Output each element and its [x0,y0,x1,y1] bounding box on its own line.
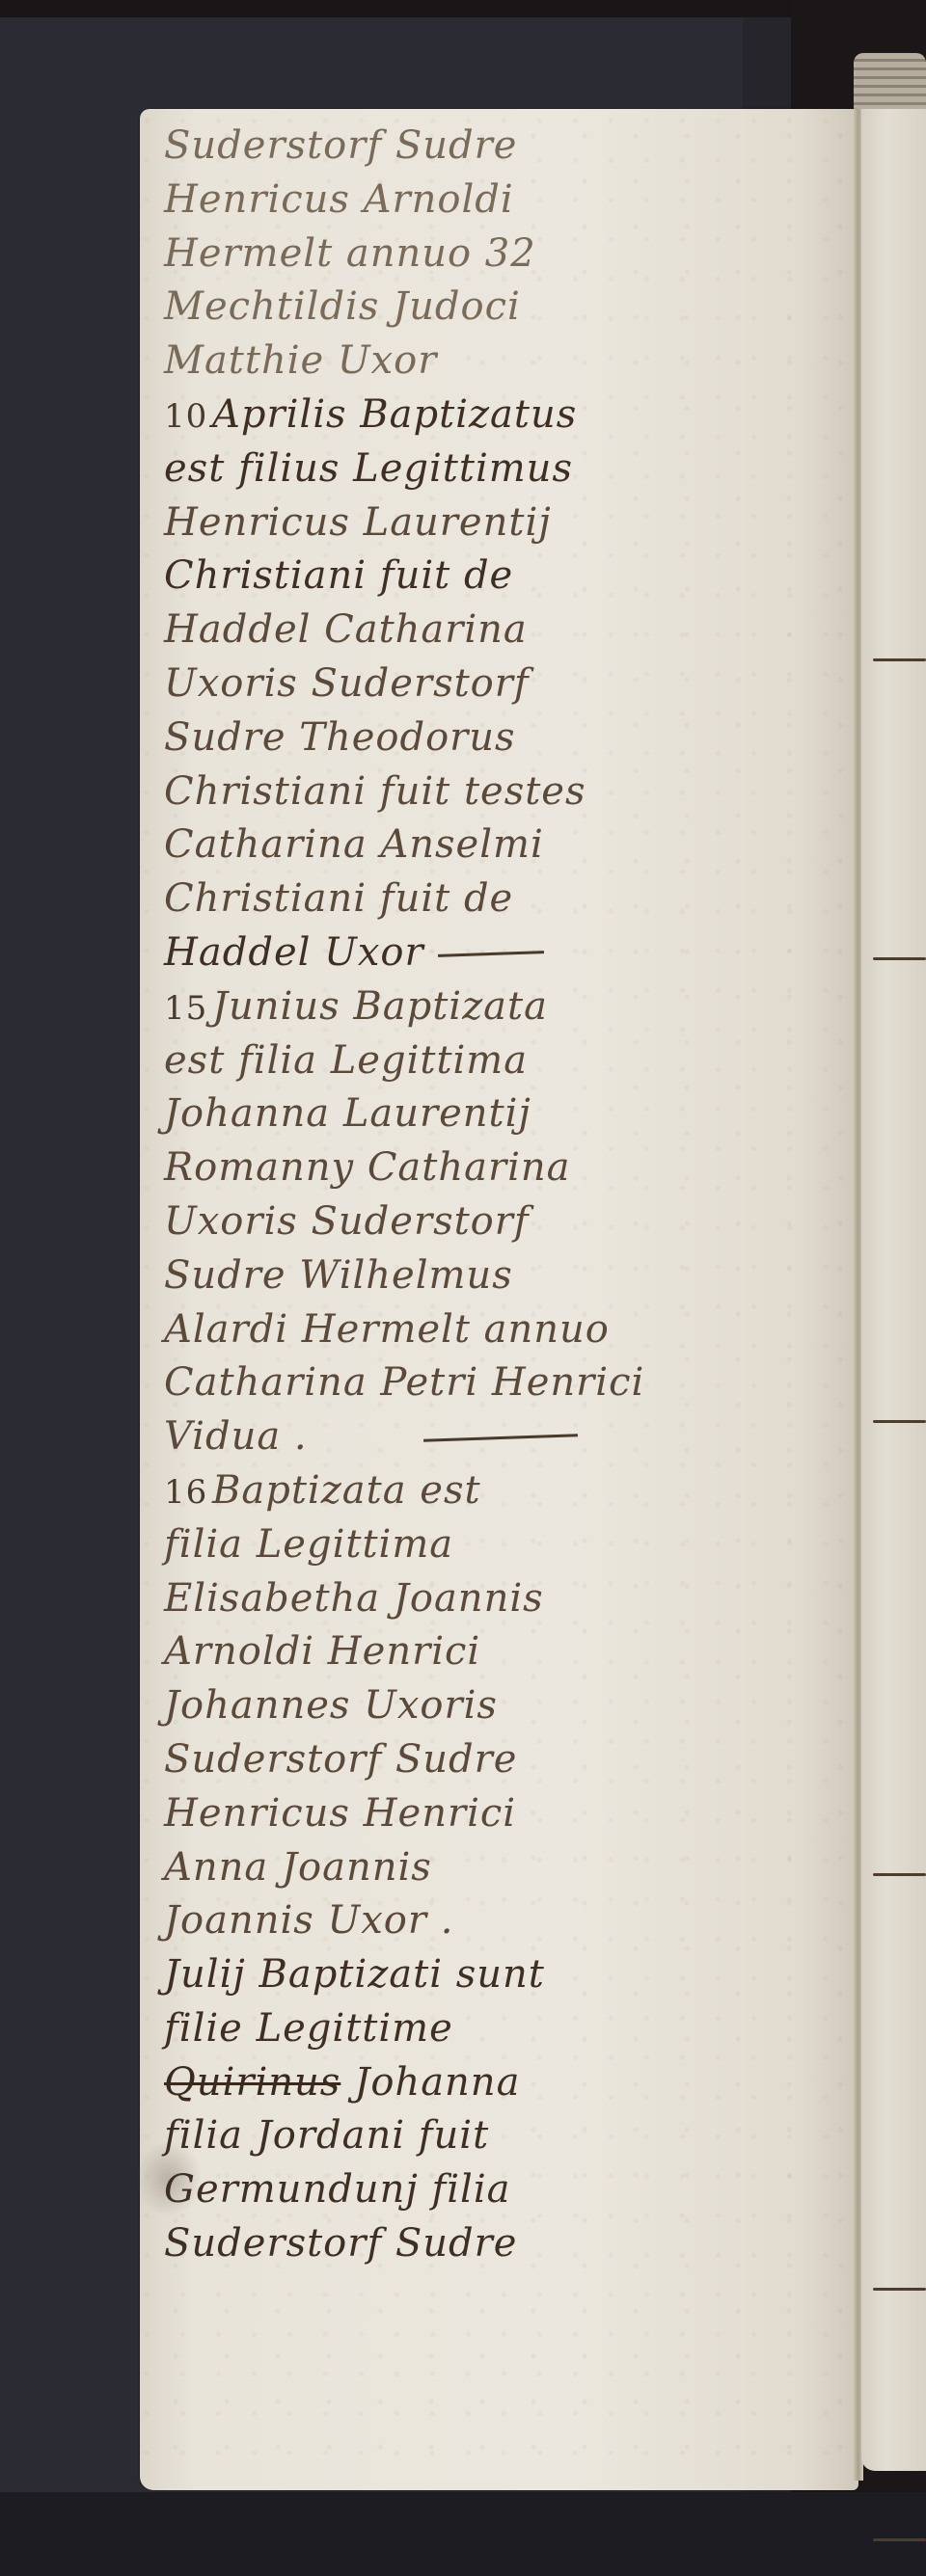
entry-10-line: Christiani fuit de [164,876,820,930]
entry-julij-line: Suderstorf Sudre [164,2221,820,2275]
text-line: Hermelt annuo 32 [164,231,820,285]
entry-16-line: Johannes Uxoris [164,1683,820,1737]
entry-15-line: Johanna Laurentij [164,1091,820,1145]
entry-15-line: 15 Junius Baptizata [164,984,820,1038]
entry-julij-line: filie Legittime [164,2006,820,2060]
entry-15-line: Uxoris Suderstorf [164,1199,820,1253]
entry-number: 10 [164,397,212,436]
entry-10-line: Uxoris Suderstorf [164,661,820,715]
entry-10-line: Catharina Anselmi [164,822,820,876]
entry-end-dash [438,951,544,957]
scan-backdrop-bottom [0,2492,926,2576]
facing-page-ink-stroke [873,658,926,661]
entry-julij-line: Germundunj filia [164,2167,820,2221]
scan-backdrop-top [0,0,926,17]
entry-15-line: Alardi Hermelt annuo [164,1307,820,1361]
text-line: Mechtildis Judoci [164,284,820,338]
entry-15-line: Vidua . [164,1414,820,1468]
entry-julij-line: filia Jordani fuit [164,2113,820,2167]
entry-10-line: Henricus Laurentij [164,500,820,554]
entry-15-line: Sudre Wilhelmus [164,1253,820,1307]
entry-julij-line: Julij Baptizati sunt [164,1952,820,2006]
entry-number: 15 [164,989,212,1028]
entry-10-line: 10 Aprilis Baptizatus [164,392,820,446]
entry-10-line: Haddel Catharina [164,607,820,661]
entry-16-line: Anna Joannis [164,1845,820,1899]
entry-number: 16 [164,1473,212,1512]
entry-10-line: Christiani fuit testes [164,769,820,823]
text-line: Suderstorf Sudre [164,123,820,177]
entry-10-line: Haddel Uxor [164,930,820,984]
handwritten-text-block: Suderstorf Sudre Henricus Arnoldi Hermel… [164,123,820,2275]
facing-page-ink-stroke [873,1873,926,1876]
entry-16-line: filia Legittima [164,1522,820,1576]
entry-10-line: Sudre Theodorus [164,715,820,769]
entry-16-line: Joannis Uxor . [164,1898,820,1952]
entry-16-line: Elisabetha Joannis [164,1576,820,1630]
facing-page-ink-stroke [873,2538,926,2541]
facing-page-ink-stroke [873,957,926,960]
facing-page-ink-stroke [873,2288,926,2291]
entry-16-line: Henricus Henrici [164,1791,820,1845]
entry-16-line: Suderstorf Sudre [164,1737,820,1791]
entry-10-line: est filius Legittimus [164,446,820,500]
entry-15-line: Catharina Petri Henrici [164,1360,820,1414]
entry-15-line: est filia Legittima [164,1038,820,1092]
entry-15-line: Romanny Catharina [164,1145,820,1199]
facing-page-edge [861,109,926,2471]
struck-out-word: Quirinus [164,2060,340,2105]
facing-page-ink-stroke [873,1420,926,1423]
entry-julij-line: Quirinus Johanna [164,2060,820,2114]
book-headband [854,53,926,111]
text-line: Henricus Arnoldi [164,177,820,231]
entry-10-line: Christiani fuit de [164,553,820,607]
entry-end-dash [423,1434,578,1442]
entry-16-line: Arnoldi Henrici [164,1629,820,1683]
entry-16-line: 16 Baptizata est [164,1468,820,1522]
text-line: Matthie Uxor [164,338,820,392]
